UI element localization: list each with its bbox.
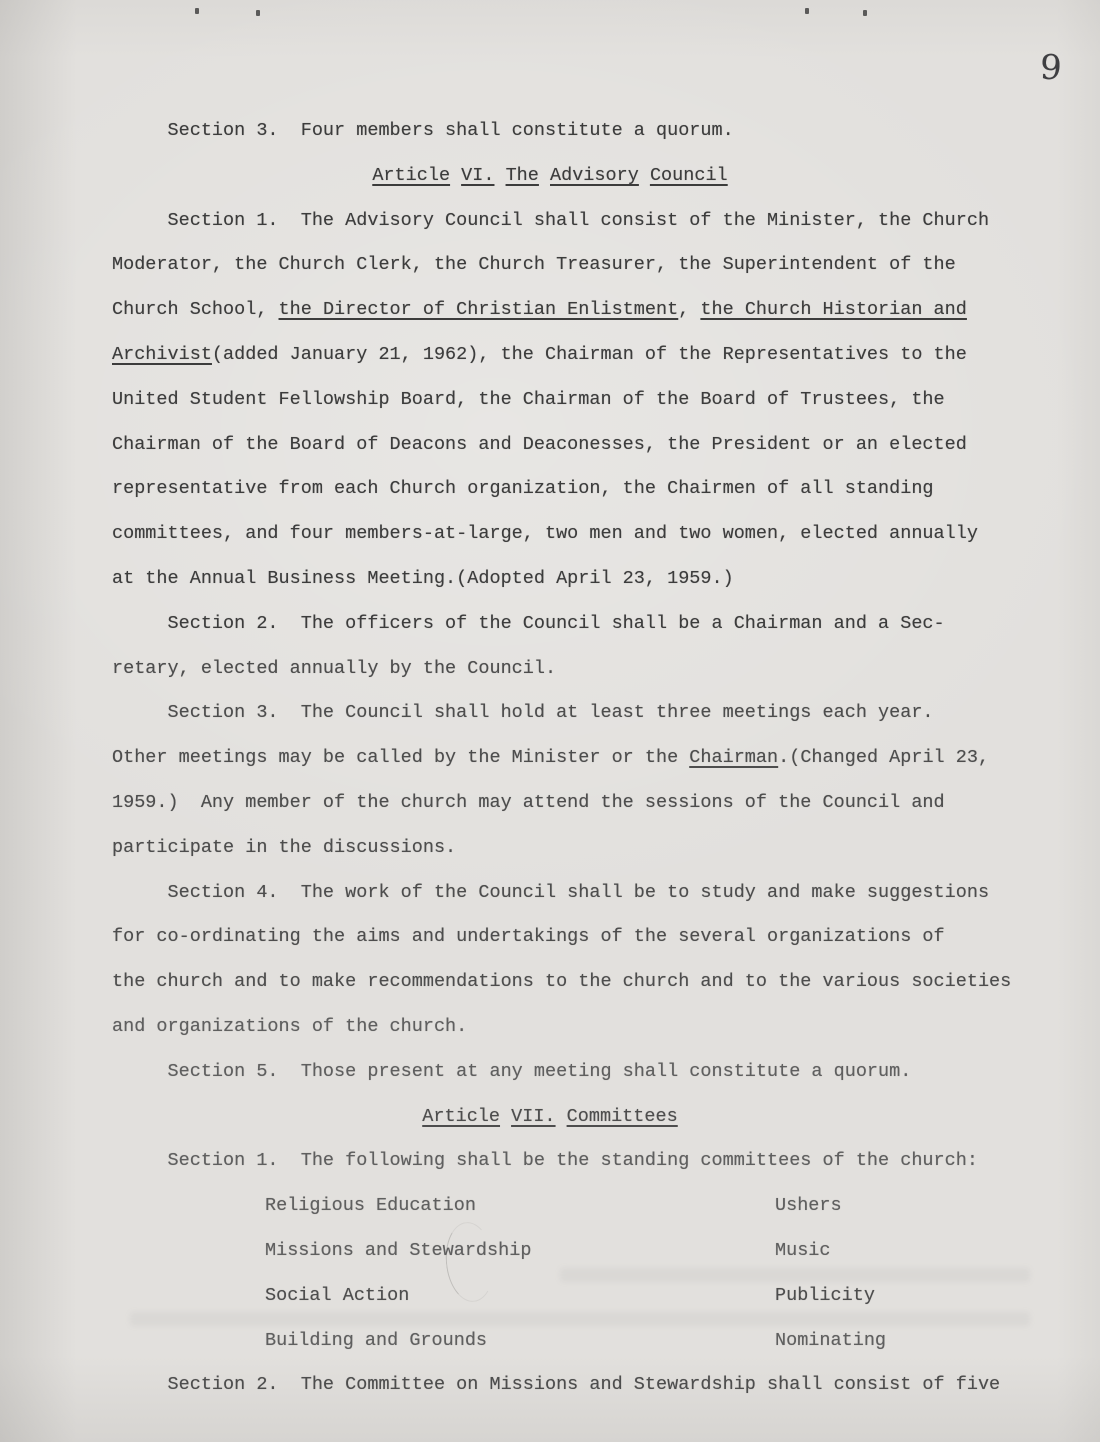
document-line: Section 4. The work of the Council shall… (112, 882, 989, 903)
document-line: participate in the discussions. (112, 837, 456, 858)
underlined-text: Advisory (550, 165, 639, 186)
document-line: Chairman of the Board of Deacons and Dea… (112, 434, 967, 455)
text-segment: Section 2. The officers of the Council s… (112, 613, 945, 634)
document-line: Other meetings may be called by the Mini… (112, 747, 989, 768)
text-segment (494, 165, 505, 186)
text-segment: 1959.) Any member of the church may atte… (112, 792, 945, 813)
text-segment: Section 3. The Council shall hold at lea… (112, 702, 934, 723)
text-segment: Section 4. The work of the Council shall… (112, 882, 989, 903)
underlined-text: Article (372, 165, 450, 186)
document-line: Section 3. Four members shall constitute… (112, 120, 734, 141)
underlined-text: Chairman (689, 747, 778, 768)
committee-name-right: Publicity (775, 1285, 875, 1306)
document-line: 1959.) Any member of the church may atte… (112, 792, 945, 813)
document-line: the church and to make recommendations t… (112, 971, 1011, 992)
text-segment (450, 165, 461, 186)
paper-speck (863, 10, 867, 16)
text-segment: .(Changed April 23, (778, 747, 989, 768)
underlined-text: Committees (567, 1106, 678, 1127)
text-segment: and organizations of the church. (112, 1016, 467, 1037)
text-segment: participate in the discussions. (112, 837, 456, 858)
article-heading: Article VI. The Advisory Council (0, 165, 1100, 186)
underlined-text: Council (650, 165, 728, 186)
document-line: for co-ordinating the aims and undertaki… (112, 926, 945, 947)
document-line: United Student Fellowship Board, the Cha… (112, 389, 945, 410)
text-segment (500, 1106, 511, 1127)
committee-name-left: Missions and Stewardship (265, 1240, 531, 1261)
document-line: Section 2. The officers of the Council s… (112, 613, 945, 634)
pencil-circle-artifact (442, 1220, 498, 1305)
document-line: Section 3. The Council shall hold at lea… (112, 702, 934, 723)
text-segment: the church and to make recommendations t… (112, 971, 1011, 992)
document-line: Section 5. Those present at any meeting … (112, 1061, 911, 1082)
underlined-text: VI. (461, 165, 494, 186)
page-number: 9 (1039, 47, 1063, 88)
underlined-text: the Church Historian and (700, 299, 966, 320)
text-segment: Section 1. The Advisory Council shall co… (112, 210, 989, 231)
text-segment: committees, and four members-at-large, t… (112, 523, 978, 544)
underlined-text: The (506, 165, 539, 186)
underlined-text: Archivist (112, 344, 212, 365)
committee-name-left: Religious Education (265, 1195, 476, 1216)
text-segment (639, 165, 650, 186)
text-segment: representative from each Church organiza… (112, 478, 934, 499)
committee-name-right: Nominating (775, 1330, 886, 1351)
text-segment: (added January 21, 1962), the Chairman o… (212, 344, 967, 365)
document-page: 9 Section 3. Four members shall constitu… (0, 0, 1100, 1442)
text-segment (556, 1106, 567, 1127)
document-line: representative from each Church organiza… (112, 478, 934, 499)
document-line: Section 1. The Advisory Council shall co… (112, 210, 989, 231)
text-segment: Church School, (112, 299, 279, 320)
document-line: committees, and four members-at-large, t… (112, 523, 978, 544)
paper-speck (256, 10, 260, 16)
underlined-text: VII. (511, 1106, 555, 1127)
paper-speck (195, 8, 199, 14)
text-segment: for co-ordinating the aims and undertaki… (112, 926, 945, 947)
committee-name-right: Ushers (775, 1195, 842, 1216)
document-line: Archivist(added January 21, 1962), the C… (112, 344, 967, 365)
text-segment: at the Annual Business Meeting.(Adopted … (112, 568, 734, 589)
text-segment: retary, elected annually by the Council. (112, 658, 556, 679)
committee-name-right: Music (775, 1240, 831, 1261)
document-line: and organizations of the church. (112, 1016, 467, 1037)
text-segment: Chairman of the Board of Deacons and Dea… (112, 434, 967, 455)
document-line: at the Annual Business Meeting.(Adopted … (112, 568, 734, 589)
text-segment: Section 1. The following shall be the st… (112, 1150, 978, 1171)
document-line: Section 1. The following shall be the st… (112, 1150, 978, 1171)
document-line: retary, elected annually by the Council. (112, 658, 556, 679)
text-segment: Section 5. Those present at any meeting … (112, 1061, 911, 1082)
underlined-text: Article (422, 1106, 500, 1127)
text-segment: United Student Fellowship Board, the Cha… (112, 389, 945, 410)
text-segment: Moderator, the Church Clerk, the Church … (112, 254, 956, 275)
article-heading: Article VII. Committees (0, 1106, 1100, 1127)
bleedthrough-smudge (560, 1268, 1030, 1282)
text-segment (539, 165, 550, 186)
bleedthrough-smudge (130, 1312, 1030, 1326)
underlined-text: the Director of Christian Enlistment (279, 299, 679, 320)
text-segment: Other meetings may be called by the Mini… (112, 747, 689, 768)
text-segment: Section 2. The Committee on Missions and… (112, 1374, 1000, 1395)
text-segment: Section 3. Four members shall constitute… (112, 120, 734, 141)
committee-name-left: Social Action (265, 1285, 409, 1306)
document-line: Church School, the Director of Christian… (112, 299, 967, 320)
document-line: Moderator, the Church Clerk, the Church … (112, 254, 956, 275)
document-line: Section 2. The Committee on Missions and… (112, 1374, 1000, 1395)
committee-name-left: Building and Grounds (265, 1330, 487, 1351)
text-segment: , (678, 299, 700, 320)
paper-speck (805, 8, 809, 14)
